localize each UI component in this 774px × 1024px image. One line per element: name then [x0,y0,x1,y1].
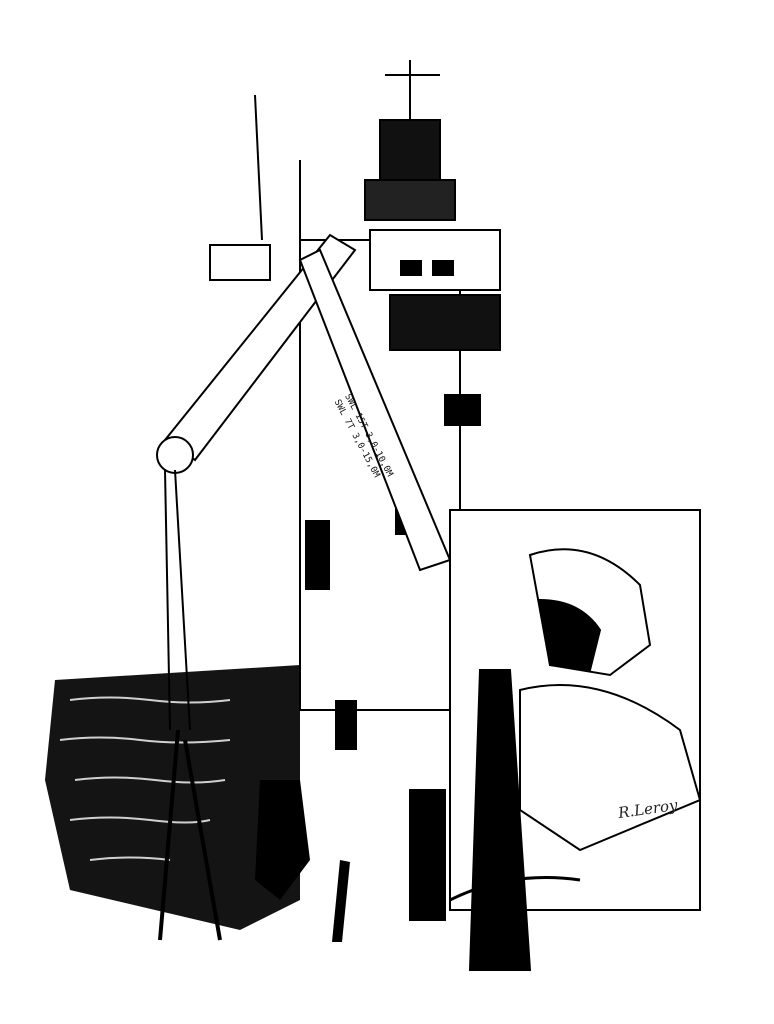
deck-figures [255,780,350,942]
drawing-svg [0,0,774,1024]
ink-drawing: SWL 15T 3,0-10,0M SWL 7T 3,0-15,0M R.Ler… [0,0,774,1024]
